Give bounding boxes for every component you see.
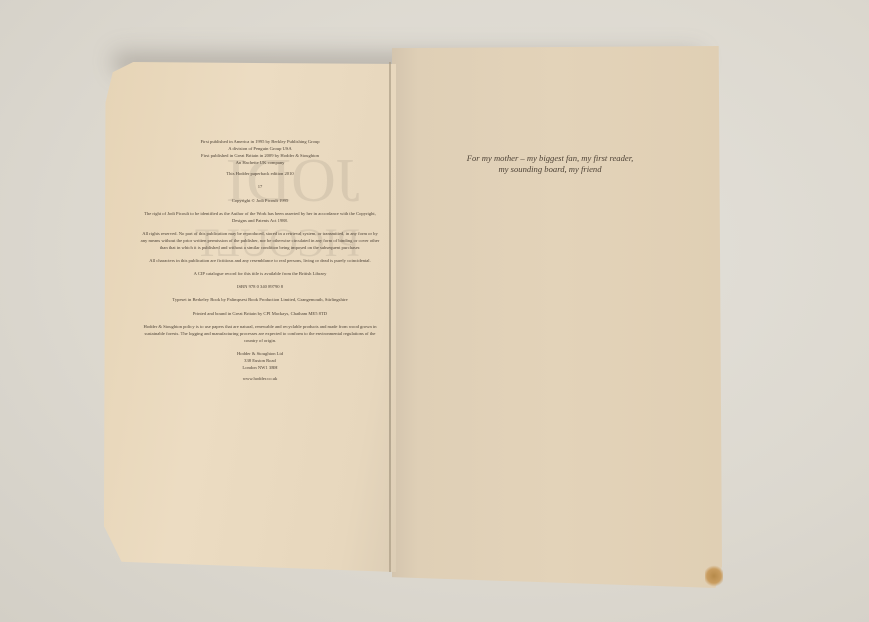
moral-rights: The right of Jodi Picoult to be identifi…: [140, 210, 380, 224]
page-corner-stain: [705, 565, 723, 587]
imprint-line: A division of Penguin Group USA: [228, 146, 291, 151]
imprint-line: An Hachette UK company: [236, 160, 285, 165]
typeset-line: Typeset in Berkeley Book by Palimpsest B…: [140, 296, 380, 303]
copyright-imprint: First published in America in 1995 by Be…: [140, 138, 380, 388]
imprint-line: First published in America in 1995 by Be…: [200, 139, 319, 144]
copyright-line: Copyright © Jodi Picoult 1995: [140, 197, 380, 204]
imprint-line: First published in Great Britain in 2009…: [201, 153, 319, 158]
dedication-page: [392, 46, 722, 588]
edition-line: This Hodder paperback edition 2010: [140, 170, 380, 177]
print-number: 17: [140, 183, 380, 190]
publisher-city: London NW1 3BH: [242, 365, 277, 370]
cip-record: A CIP catalogue record for this title is…: [140, 270, 380, 277]
rights-reserved: All rights reserved. No part of this pub…: [140, 230, 380, 251]
dedication: For my mother – my biggest fan, my first…: [440, 153, 660, 175]
dedication-line: For my mother – my biggest fan, my first…: [440, 153, 660, 164]
publisher-name: Hodder & Stoughton Ltd: [237, 351, 283, 356]
dedication-line: my sounding board, my friend: [440, 164, 660, 175]
paper-policy: Hodder & Stoughton policy is to use pape…: [140, 323, 380, 344]
book-spine-gutter: [389, 62, 391, 572]
isbn: ISBN 978 0 340 89790 8: [140, 283, 380, 290]
printed-line: Printed and bound in Great Britain by CP…: [140, 310, 380, 317]
fiction-disclaimer: All characters in this publication are f…: [140, 257, 380, 264]
publisher-street: 338 Euston Road: [244, 358, 276, 363]
publisher-website: www.hodder.co.uk: [140, 375, 380, 382]
